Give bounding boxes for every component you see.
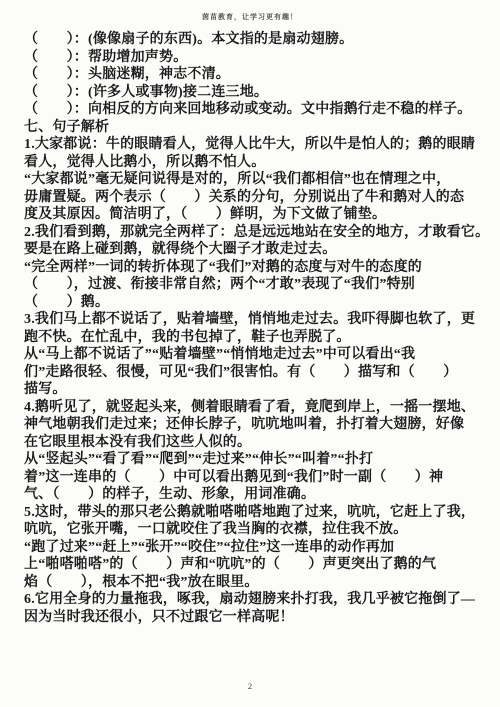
text-line: 从“竖起头”“看了看”“爬到”“走过来”“伸长”“叫着”“扑打 [24,451,486,469]
text-line: “跑了过来”“赶上”“张开”“咬住”“拉住”这一连串的动作再加 [24,539,486,557]
text-line: 从“马上都不说话了”“贴着墙壁”“悄悄地走过去”中可以看出“我 [24,346,486,364]
text-line: 要是在路上碰到鹅，就得绕个大圈子才敢走过去。 [24,241,486,259]
text-line: 在它眼里根本没有我们这些人似的。 [24,434,486,452]
text-line: 5.这时，带头的那只老公鹅就啪嗒啪嗒地跑了过来，吭吭，它赶上了我， [24,504,486,522]
text-line: 们”走路很轻、很慢，可见“我们”很害怕。有（ ）描写和（ ） [24,364,486,382]
definition-line: （ ）：(像像扇子的东西)。本文指的是扇动翅膀。 [24,31,486,49]
text-line: “完全两样”一词的转折体现了“我们”对鹅的态度与对牛的态度的 [24,259,486,277]
section-title: 七、句子解析 [24,119,486,137]
text-line: 6.它用全身的力量拖我，啄我，扇动翅膀来扑打我，我几乎被它拖倒了— [24,591,486,609]
text-line: 度及其原因。简洁明了，（ ）鲜明，为下文做了铺垫。 [24,206,486,224]
header-slogan: 茵苗教育，让学习更有趣！ [0,12,500,22]
text-line: 吭吭，它张开嘴，一口就咬住了我当胸的衣襟，拉住我不放。 [24,521,486,539]
page-number: 2 [0,681,500,691]
text-line: 着”这一连串的（ ）中可以看出鹅见到“我们”时一副（ ）神 [24,469,486,487]
text-line: 因为当时我还很小，只不过跟它一样高呢！ [24,609,486,627]
definition-line: （ ）：向相反的方向来回地移动或变动。文中指鹅行走不稳的样子。 [24,101,486,119]
text-line: 跑不快。在忙乱中，我的书包掉了，鞋子也弄脱了。 [24,329,486,347]
text-line: 3.我们马上都不说话了，贴着墙壁，悄悄地走过去。我吓得脚也软了，更 [24,311,486,329]
worksheet-page: 茵苗教育，让学习更有趣！ （ ）：(像像扇子的东西)。本文指的是扇动翅膀。（ ）… [0,0,500,707]
text-line: 上“啪嗒啪嗒”的（ ）声和“吭吭”的（ ）声更突出了鹅的气 [24,556,486,574]
text-line: 神气地朝我们走过来；还伸长脖子，吭吭地叫着，扑打着大翅膀，好像 [24,416,486,434]
text-line: 4.鹅听见了，就竖起头来，侧着眼睛看了看，竟爬到岸上，一摇一摆地、 [24,399,486,417]
text-line: 看人，觉得人比鹅小，所以鹅不怕人。 [24,154,486,172]
text-line: 1.大家都说：牛的眼睛看人，觉得人比牛大，所以牛是怕人的；鹅的眼睛 [24,136,486,154]
definition-line: （ ）：(许多人或事物)接二连三地。 [24,84,486,102]
text-line: 毋庸置疑。两个表示（ ）关系的分句，分别说出了牛和鹅对人的态 [24,189,486,207]
text-line: 焰（ ），根本不把“我”放在眼里。 [24,574,486,592]
definition-line: （ ）：头脑迷糊，神志不清。 [24,66,486,84]
text-line: 2.我们看到鹅，那就完全两样了：总是远远地站在安全的地方，才敢看它。 [24,224,486,242]
text-line: 描写。 [24,381,486,399]
definition-line: （ ）：帮助增加声势。 [24,49,486,67]
text-line: 气、（ ）的样子，生动、形象，用词准确。 [24,486,486,504]
text-line: “大家都说”毫无疑问说得是对的，所以“我们都相信”也在情理之中， [24,171,486,189]
text-line: （ ）鹅。 [24,294,486,312]
text-line: （ ），过渡、衔接非常自然；两个“才敢”表现了“我们”特别 [24,276,486,294]
document-body: （ ）：(像像扇子的东西)。本文指的是扇动翅膀。（ ）：帮助增加声势。（ ）：头… [24,31,486,626]
